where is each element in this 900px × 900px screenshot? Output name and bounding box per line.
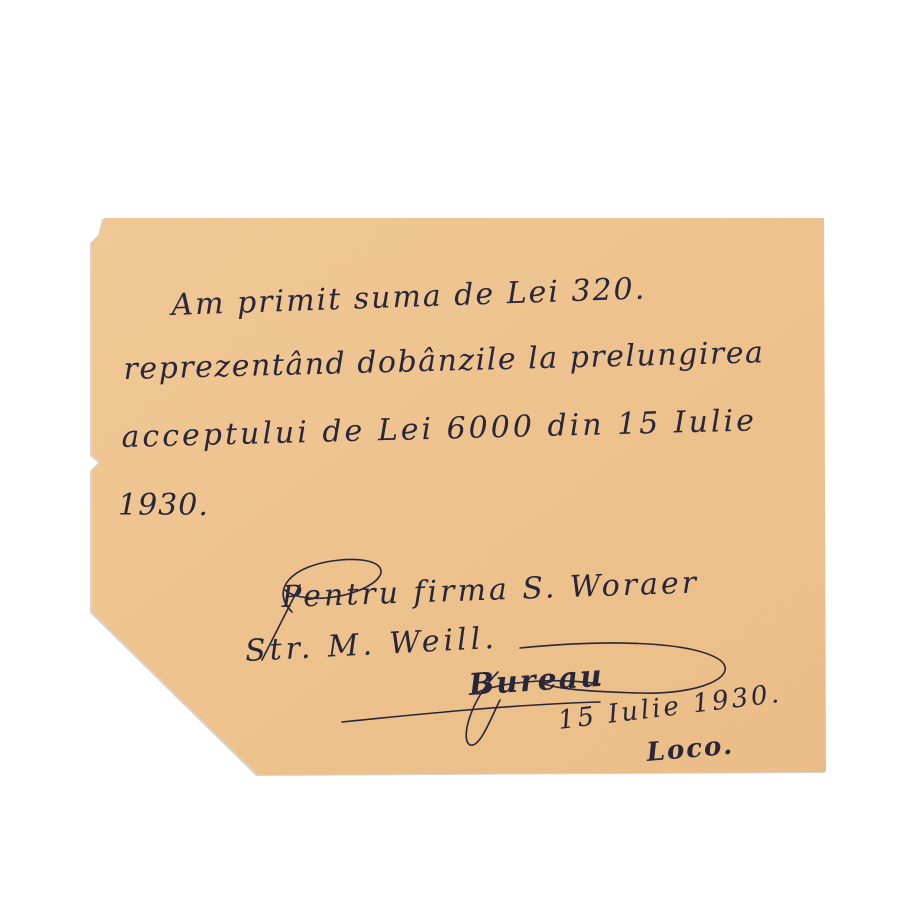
receipt-line-4: 1930.: [118, 488, 209, 523]
photo-stage: Am primit suma de Lei 320. reprezentând …: [0, 0, 900, 900]
